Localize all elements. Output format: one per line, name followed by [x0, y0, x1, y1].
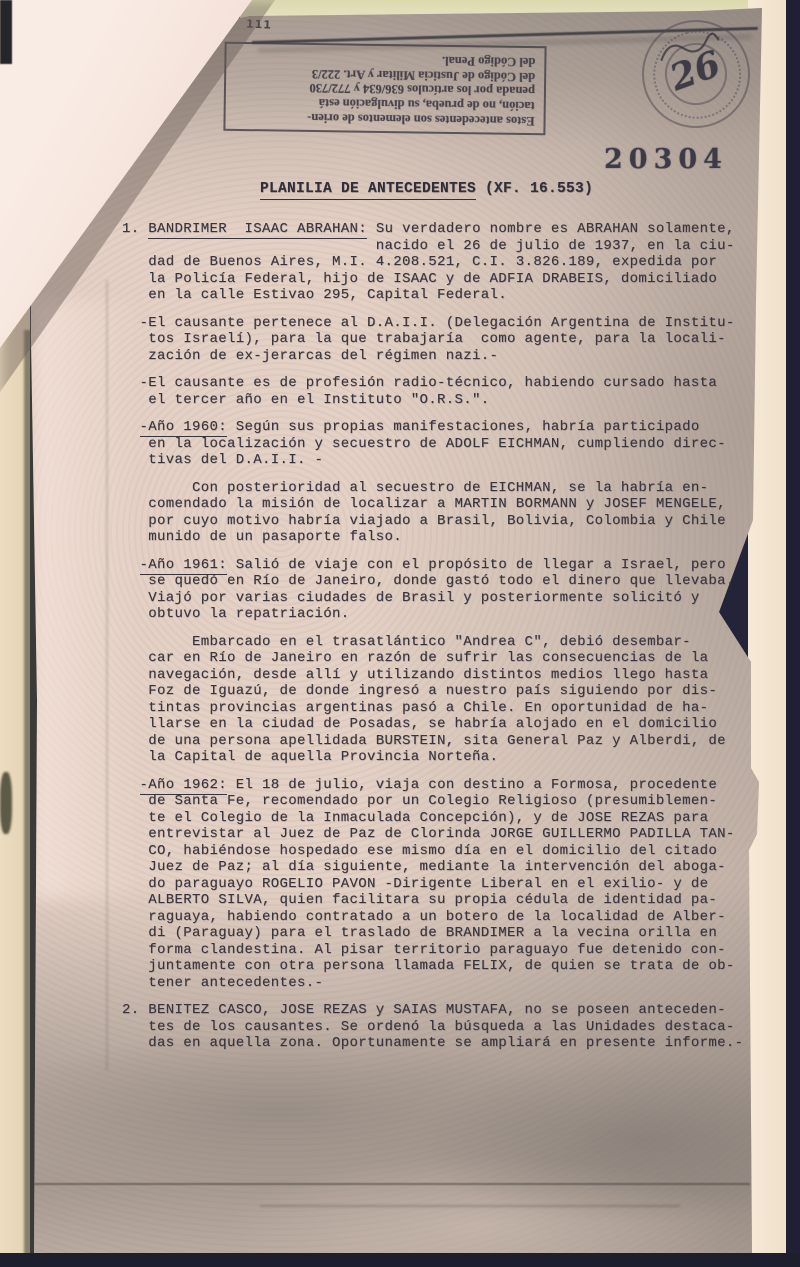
text-line: do paraguayo ROGELIO PAVON -Dirigente Li… — [122, 876, 762, 893]
scan-bed-corner — [0, 0, 12, 64]
orientation-warning-stamp-text: Estos antecedentes son elementos de orie… — [225, 44, 544, 133]
text-line: Embarcado en el trasatlántico "Andrea C"… — [122, 634, 762, 651]
blank-line — [122, 623, 762, 634]
text-line: juntamente con otra persona llamada FELI… — [122, 958, 762, 975]
horizontal-crease — [34, 1183, 750, 1185]
text-line: entrevistar al Juez de Paz de Clorinda J… — [122, 826, 762, 843]
text-line: tivas del D.A.I.I. - — [122, 452, 762, 469]
text-line: tener antecedentes.- — [122, 975, 762, 992]
document-title-reference: (XF. 16.553) — [476, 181, 593, 197]
text-line: navegación, desde allí y utilizando dist… — [122, 667, 762, 684]
text-line: Juez de Paz; al día siguiente, mediante … — [122, 859, 762, 876]
blank-line — [122, 469, 762, 480]
text-line: de una persona apellidada BURSTEIN, sita… — [122, 733, 762, 750]
text-line: llarse en la ciudad de Posadas, se habrí… — [122, 716, 762, 733]
text-line: raguaya, habiendo contratado a un botero… — [122, 909, 762, 926]
typewritten-body: 1. BANDRIMER ISAAC ABRAHAN: Su verdadero… — [122, 221, 762, 1052]
blank-line — [122, 766, 762, 777]
text-line: te el Colegio de la Inmaculada Concepció… — [122, 810, 762, 827]
text-line: se quedó en Río de Janeiro, donde gastó … — [122, 573, 762, 590]
text-line: zación de ex-jerarcas del régimen nazi.- — [122, 348, 762, 365]
left-edge-ink-blob — [0, 772, 12, 834]
text-line: -El causante pertenece al D.A.I.I. (Dele… — [122, 315, 762, 332]
text-line: 1. BANDRIMER ISAAC ABRAHAN: Su verdadero… — [122, 221, 762, 238]
scan-bed-bottom-edge — [0, 1253, 800, 1267]
text-line: di (Paraguay) para el traslado de BRANDI… — [122, 925, 762, 942]
text-line: tes de los causantes. Se ordenó la búsqu… — [122, 1019, 762, 1036]
horizontal-crease-faint — [260, 1205, 680, 1207]
text-line: tintas provincias argentinas pasó a Chil… — [122, 700, 762, 717]
scan-bed-right-edge — [786, 0, 800, 1267]
text-line: das en aquella zona. Oportunamente se am… — [122, 1035, 762, 1052]
orientation-warning-stamp: Estos antecedentes son elementos de orie… — [223, 42, 546, 135]
text-line: forma clandestina. Al pisar territorio p… — [122, 942, 762, 959]
text-line: por cuyo motivo habría viajado a Brasil,… — [122, 513, 762, 530]
text-line: Viajó por varias ciudades de Brasil y po… — [122, 590, 762, 607]
text-line: obtuvo la repatriación. — [122, 606, 762, 623]
text-line: Con posterioridad al secuestro de EICHMA… — [122, 480, 762, 497]
document-title: PLANILIA DE ANTECEDENTES (XF. 16.553) — [260, 181, 593, 197]
text-line: tos Israelí), para la que trabajaría com… — [122, 331, 762, 348]
blank-line — [122, 408, 762, 419]
blank-line — [122, 364, 762, 375]
text-line: CO, habiéndose hospedado ese mismo día e… — [122, 843, 762, 860]
text-line: 2. BENITEZ CASCO, JOSE REZAS y SAIAS MUS… — [122, 1002, 762, 1019]
text-line: ALBERTO SILVA, quien facilitara su propi… — [122, 892, 762, 909]
text-line: -Año 1962: El 18 de julio, viaja con des… — [122, 777, 762, 794]
blank-line — [122, 991, 762, 1002]
text-line: dad de Buenos Aires, M.I. 4.208.521, C.I… — [122, 254, 762, 271]
text-line: Foz de Iguazú, de donde ingresó a nuestr… — [122, 683, 762, 700]
text-line: de Santa Fe, recomendado por un Colegio … — [122, 793, 762, 810]
blank-line — [122, 546, 762, 557]
text-line: munido de un pasaporte falso. — [122, 529, 762, 546]
text-line: nacido el 26 de julio de 1937, en la ciu… — [122, 238, 762, 255]
text-line: -El causante es de profesión radio-técni… — [122, 375, 762, 392]
text-line: -Año 1960: Según sus propias manifestaci… — [122, 419, 762, 436]
text-line: el tercer año en el Instituto "O.R.S.". — [122, 392, 762, 409]
text-line: comendado la misión de localizar a MARTI… — [122, 496, 762, 513]
document-title-underlined: PLANILIA DE ANTECEDENTES — [260, 181, 476, 200]
vertical-crease — [106, 280, 108, 1070]
text-line: en la localización y secuestro de ADOLF … — [122, 436, 762, 453]
text-line: car en Río de Janeiro en razón de sufrir… — [122, 650, 762, 667]
text-line: en la calle Estivao 295, Capital Federal… — [122, 287, 762, 304]
text-line: -Año 1961: Salió de viaje con el propósi… — [122, 557, 762, 574]
blank-line — [122, 304, 762, 315]
text-line: la Policía Federal, hijo de ISAAC y de A… — [122, 271, 762, 288]
text-line: la Capital de aquella Provincia Norteña. — [122, 749, 762, 766]
page-number-stamp: 20304 — [604, 144, 728, 175]
